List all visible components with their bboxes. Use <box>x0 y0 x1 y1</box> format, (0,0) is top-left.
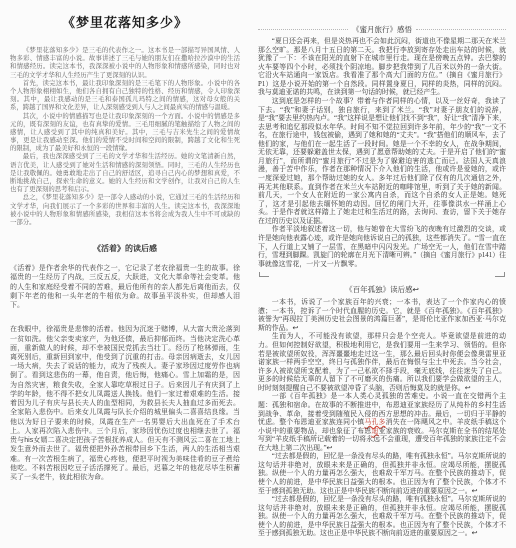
document-page: 《梦里花落知多少》 《梦里花落知多少》是三毛的代表作之一。这本书是一部描写异国风… <box>0 0 516 548</box>
spellcheck-marked-text: 马孔多 <box>364 419 385 426</box>
left-page-column: 《梦里花落知多少》 《梦里花落知多少》是三毛的代表作之一。这本书是一部描写异国风… <box>0 0 252 548</box>
essay3-title: 《蜜月旅行》感悟 <box>352 24 412 35</box>
paragraph: 在我眼中，徐福贵是悲惨的活着。他因为沉迷于赌博，从大富大贵沦落到一贫如洗。他父亲… <box>10 325 240 482</box>
essay1-body: 《梦里花落知多少》是三毛的代表作之一。这本书是一部描写异国风情、人物多彩、情感丰… <box>10 47 240 227</box>
paragraph: 其次，小说中的情感描写也是让我印象深刻的一个方面。小说中的情感是多元的，既有深刻… <box>10 113 240 154</box>
essay2-body: 《活着》是作者余华的代表作之一，它记录了老农徐福贵一生的故事。徐福贵的一生经历了… <box>10 264 240 482</box>
paragraph: 一本书，诉说了一个家族百年的兴衰；一本书，表达了一个作家内心的愤懑；一本书，控诉… <box>258 299 506 333</box>
paragraph: 作者平淡地叙述着这一切，他与她曾在大雪纷飞的夜晚有过激烈的交谈，或许是她向他表露… <box>258 226 506 269</box>
margin-corner-left-icon <box>259 272 269 277</box>
paragraph: “夏日还会再来，但是炎热再也不会如此沉闷，街道也不像星期二那天在米兰那么空旷。那… <box>258 38 506 98</box>
paragraph: 首先，读完这本书，最让我印象深刻的是三毛笔下的人物形象。小说中的各个人物形象栩栩… <box>10 80 240 113</box>
spellcheck-marked-text: 迪 <box>371 428 378 435</box>
margin-corner-right-icon <box>495 272 505 277</box>
paragraph: “过去都是假的，回忆是一条没有尽头的路，唯有孤独永恒”。马尔克斯所说的这句话并非… <box>258 453 506 496</box>
paragraph: 这到底是怎样的一个故事？带着与作者同样的心情，以及一丝好奇，我读了下去。“我”和… <box>258 98 506 226</box>
page-margin-marks <box>259 272 505 277</box>
essay1-title: 《梦里花落知多少》 <box>10 12 240 31</box>
essay4-body: 一本书，诉说了一个家族百年的兴衰；一本书，表达了一个作家内心的愤懑；一本书，控诉… <box>258 299 506 539</box>
page-break-dotted-line: 《蜜月旅行》感悟 <box>258 24 506 35</box>
paragraph: 《活着》是作者余华的代表作之一，它记录了老农徐福贵一生的故事。徐福贵的一生经历了… <box>10 264 240 310</box>
essay4-title: 《百年孤独》读后感↩ <box>258 284 506 295</box>
paragraph: 最后，我也深深感受到了三毛的文学才华和生活经历。她的文笔清新自然，语言优美，让人… <box>10 153 240 194</box>
paragraph: 总之，《梦里花落知多少》是一部令人感动的小说，它通过三毛的生活经历和文学才华，向… <box>10 194 240 227</box>
paragraph: “过去都是假的，回忆是一条没有尽头的路，唯有孤独永恒”。马尔克斯所说的这句话并非… <box>258 496 506 539</box>
essay3-body: “夏日还会再来，但是炎热再也不会如此沉闷，街道也不像星期二那天在米兰那么空旷。那… <box>258 38 506 269</box>
right-page-column: 《蜜月旅行》感悟 “夏日还会再来，但是炎热再也不会如此沉闷，街道也不像星期二那天… <box>252 0 516 548</box>
paragraph: 一部《百年孤独》是一本人类心灵孤独的苦难史。小说一直在交错两个主题：孤独和宿命。… <box>258 393 506 453</box>
essay2-title: 《活着》的读后感 <box>10 243 240 254</box>
paragraph: 生而为人，不可能没有欲望，那样只会是个空壳人。毕竟欲望是前进的动力。但如何控制好… <box>258 333 506 393</box>
paragraph: 《梦里花落知多少》是三毛的代表作之一。这本书是一部描写异国风情、人物多彩、情感丰… <box>10 47 240 80</box>
